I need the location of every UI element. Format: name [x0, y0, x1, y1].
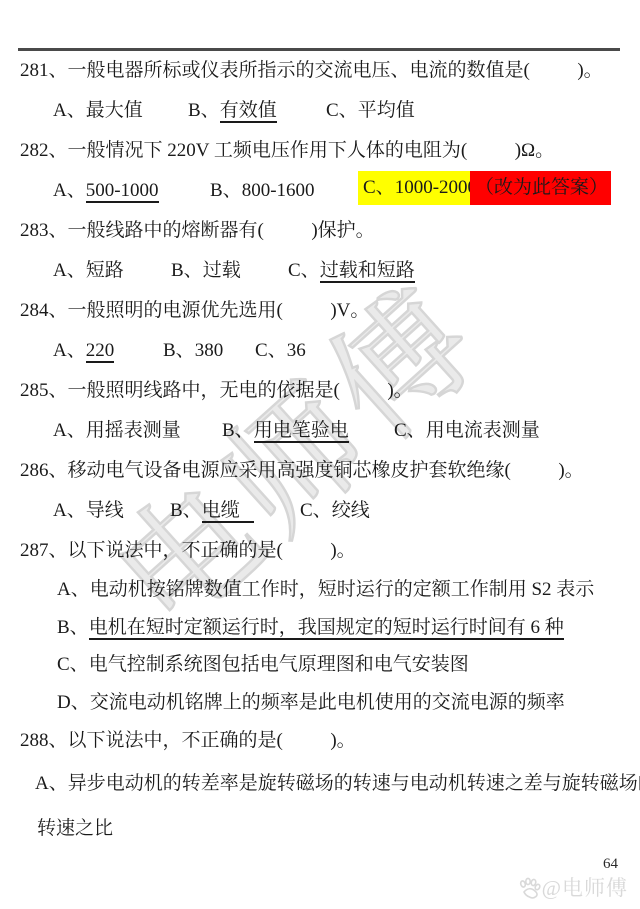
- option-prefix: A、: [53, 500, 86, 521]
- option-b: B、电机在短时定额运行时，我国规定的短时运行时间有 6 种: [0, 609, 640, 647]
- option-text-underlined: 220: [86, 340, 115, 363]
- question-text: 285、一般照明线路中，无电的依据是( )。: [0, 371, 640, 411]
- option-prefix: C、: [300, 500, 332, 521]
- option-b: B、380: [163, 331, 223, 371]
- question-text: 283、一般线路中的熔断器有( )保护。: [0, 211, 640, 251]
- option-text: 平均值: [358, 100, 415, 121]
- options-row: A、导线 B、电缆 C、绞线: [0, 491, 640, 531]
- option-prefix: B、: [57, 617, 89, 638]
- option-prefix: C、: [57, 654, 89, 675]
- option-text: 绞线: [332, 500, 370, 521]
- option-prefix: B、: [163, 340, 195, 361]
- option-prefix: A、: [53, 100, 86, 121]
- option-prefix: B、: [188, 100, 220, 121]
- question-text: 286、移动电气设备电源应采用高强度铜芯橡皮护套软绝缘( )。: [0, 451, 640, 491]
- question-281: 281、一般电器所标或仪表所指示的交流电压、电流的数值是( )。 A、最大值 B…: [0, 51, 640, 131]
- page-number: 64: [0, 853, 640, 875]
- option-prefix: C、: [288, 260, 320, 281]
- option-prefix: C、: [394, 420, 426, 441]
- option-text: 800-1600: [242, 180, 315, 201]
- option-prefix: D、: [57, 692, 90, 713]
- option-d: D、交流电动机铭牌上的频率是此电机使用的交流电源的频率: [0, 684, 640, 722]
- option-prefix: B、: [170, 500, 202, 521]
- option-c: C、36: [255, 331, 306, 371]
- paw-icon: [518, 877, 542, 899]
- option-prefix: A、: [53, 260, 86, 281]
- option-text: 导线: [86, 500, 124, 521]
- options-row: A、500-1000 B、800-1600 C、1000-2000 （改为此答案…: [0, 171, 640, 211]
- option-a: A、短路: [53, 251, 124, 291]
- option-a-continuation: 转速之比: [0, 806, 640, 851]
- question-288: 288、以下说法中，不正确的是( )。 A、异步电动机的转差率是旋转磁场的转速与…: [0, 721, 640, 851]
- options-row: A、短路 B、过载 C、过载和短路: [0, 251, 640, 291]
- option-text: 过载: [203, 260, 241, 281]
- option-a: A、异步电动机的转差率是旋转磁场的转速与电动机转速之差与旋转磁场的: [0, 761, 640, 806]
- option-text: 36: [287, 340, 306, 361]
- option-b: B、有效值: [188, 91, 277, 131]
- options-row: A、220 B、380 C、36: [0, 331, 640, 371]
- option-a: A、导线: [53, 491, 124, 531]
- option-prefix: B、: [210, 180, 242, 201]
- watermark-badge-text: @电师傅: [542, 876, 628, 900]
- option-text-underlined: 电机在短时定额运行时，我国规定的短时运行时间有 6 种: [89, 617, 564, 640]
- option-c-highlighted: C、1000-2000: [358, 171, 480, 205]
- option-text-underlined: 500-1000: [86, 180, 159, 203]
- option-text-underlined: 有效值: [220, 100, 277, 123]
- option-prefix: B、: [171, 260, 203, 281]
- option-text: 电动机按铭牌数值工作时，短时运行的定额工作制用 S2 表示: [90, 579, 595, 600]
- question-text: 288、以下说法中，不正确的是( )。: [0, 721, 640, 761]
- option-prefix: C、: [326, 100, 358, 121]
- option-c: C、用电流表测量: [394, 411, 540, 451]
- option-prefix: A、: [35, 773, 68, 794]
- option-a: A、电动机按铭牌数值工作时，短时运行的定额工作制用 S2 表示: [0, 571, 640, 609]
- option-prefix: A、: [57, 579, 90, 600]
- option-text: 交流电动机铭牌上的频率是此电机使用的交流电源的频率: [90, 692, 565, 713]
- option-text: 最大值: [86, 100, 143, 121]
- option-prefix: C、: [255, 340, 287, 361]
- question-text: 282、一般情况下 220V 工频电压作用下人体的电阻为( )Ω。: [0, 131, 640, 171]
- option-text-underlined: 用电笔验电: [254, 420, 349, 443]
- question-list: 281、一般电器所标或仪表所指示的交流电压、电流的数值是( )。 A、最大值 B…: [0, 51, 640, 901]
- answer-change-note: （改为此答案）: [470, 171, 611, 205]
- note-text: （改为此答案）: [475, 177, 608, 198]
- option-a: A、用摇表测量: [53, 411, 181, 451]
- options-row: A、最大值 B、有效值 C、平均值: [0, 91, 640, 131]
- question-282: 282、一般情况下 220V 工频电压作用下人体的电阻为( )Ω。 A、500-…: [0, 131, 640, 211]
- question-285: 285、一般照明线路中，无电的依据是( )。 A、用摇表测量 B、用电笔验电 C…: [0, 371, 640, 451]
- option-b: B、用电笔验电: [222, 411, 349, 451]
- option-prefix: A、: [53, 420, 86, 441]
- option-prefix: C、: [363, 177, 395, 198]
- option-text: 用电流表测量: [426, 420, 540, 441]
- option-a: A、最大值: [53, 91, 143, 131]
- option-text: 电气控制系统图包括电气原理图和电气安装图: [89, 654, 469, 675]
- question-text: 284、一般照明的电源优先选用( )V。: [0, 291, 640, 331]
- option-c: C、电气控制系统图包括电气原理图和电气安装图: [0, 646, 640, 684]
- option-b: B、电缆: [170, 491, 254, 531]
- question-286: 286、移动电气设备电源应采用高强度铜芯橡皮护套软绝缘( )。 A、导线 B、电…: [0, 451, 640, 531]
- option-prefix: A、: [53, 180, 86, 201]
- option-text: 异步电动机的转差率是旋转磁场的转速与电动机转速之差与旋转磁场的: [68, 773, 640, 794]
- question-text: 281、一般电器所标或仪表所指示的交流电压、电流的数值是( )。: [0, 51, 640, 91]
- document-page: 电师傅 281、一般电器所标或仪表所指示的交流电压、电流的数值是( )。 A、最…: [0, 0, 640, 909]
- options-row: A、用摇表测量 B、用电笔验电 C、用电流表测量: [0, 411, 640, 451]
- question-283: 283、一般线路中的熔断器有( )保护。 A、短路 B、过载 C、过载和短路: [0, 211, 640, 291]
- option-a: A、220: [53, 331, 114, 371]
- option-c: C、过载和短路: [288, 251, 415, 291]
- option-c: C、绞线: [300, 491, 370, 531]
- option-c: C、平均值: [326, 91, 415, 131]
- option-a: A、500-1000: [53, 171, 159, 211]
- option-text: 短路: [86, 260, 124, 281]
- option-text: 380: [195, 340, 224, 361]
- option-text-underlined: 过载和短路: [320, 260, 415, 283]
- option-prefix: A、: [53, 340, 86, 361]
- option-text: 用摇表测量: [86, 420, 181, 441]
- option-b: B、800-1600: [210, 171, 315, 211]
- option-text: 1000-2000: [395, 177, 477, 198]
- question-287: 287、以下说法中，不正确的是( )。 A、电动机按铭牌数值工作时，短时运行的定…: [0, 531, 640, 721]
- question-text: 287、以下说法中，不正确的是( )。: [0, 531, 640, 571]
- watermark-badge: @电师傅: [0, 875, 640, 901]
- option-text-underlined: 电缆: [202, 500, 254, 523]
- option-prefix: B、: [222, 420, 254, 441]
- question-284: 284、一般照明的电源优先选用( )V。 A、220 B、380 C、36: [0, 291, 640, 371]
- option-b: B、过载: [171, 251, 241, 291]
